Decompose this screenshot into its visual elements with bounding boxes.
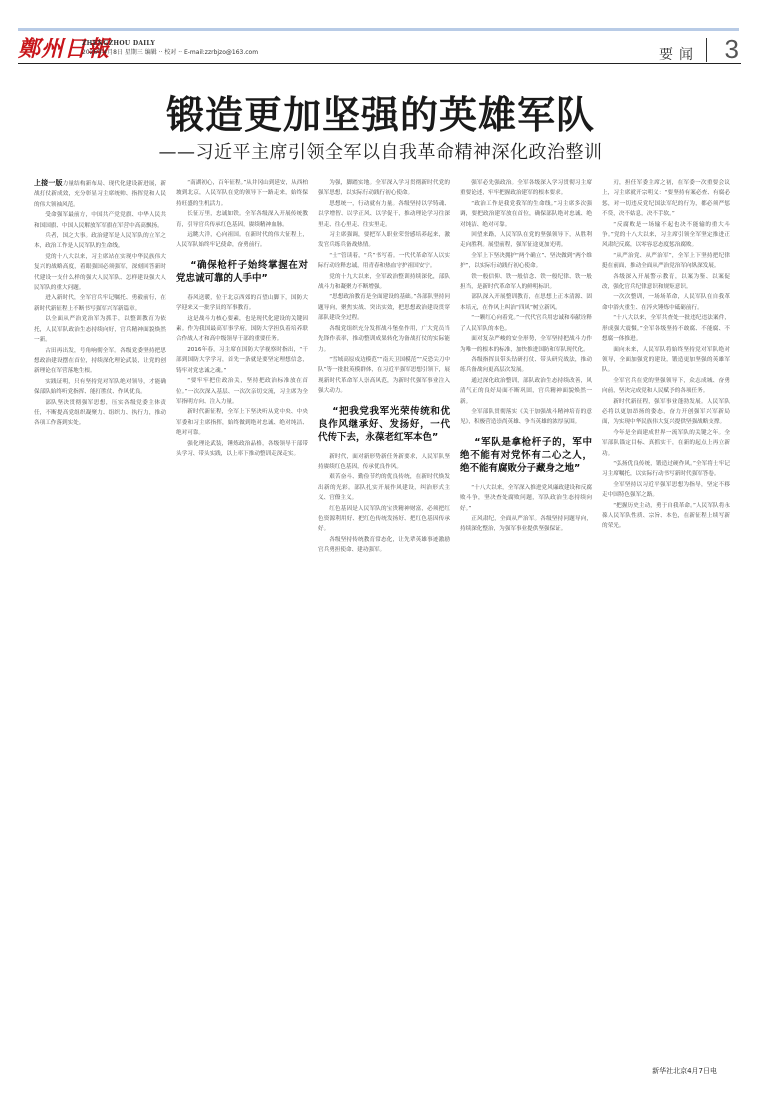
paragraph: 正风肃纪，全面从严治军。各级坚持问题导向，持续深化整治，为强军事业提供坚强保证。 xyxy=(460,514,592,535)
paragraph: 进入新时代，全军官兵牢记嘱托、勇毅前行，在新时代新征程上不断书写强军兴军新篇章。 xyxy=(34,293,166,314)
masthead-date-line: 2026年4月8日 星期三 编辑 ·· 校对 ·· E-mail:zzrbjzo… xyxy=(82,48,258,57)
paragraph: 强军必先强政治。全军各级深入学习贯彻习主席重要论述，牢牢把握政治建军的根本要求。 xyxy=(460,178,592,199)
paragraph: 一次次整训，一场场革命，人民军队在自我革命中浴火重生、在淬火锤炼中砥砺前行。 xyxy=(602,292,730,313)
paragraph: “弘扬优良传统，锻造过硬作风。”全军将士牢记习主席嘱托，以实际行动书写新时代强军… xyxy=(602,459,730,480)
paragraph: “反腐败是一场输不起也决不能输的重大斗争。”党的十八大以来，习主席引领全军坚定推… xyxy=(602,220,730,251)
paragraph: “雪域高原戍边模范”“南天卫国模范”“反恐尖刀中队”等一批批英模群体，在习近平强… xyxy=(318,355,450,397)
page-number: 3 xyxy=(725,34,739,65)
subheading-2: “把我党我军光荣传统和优良作风继承好、发扬好，一代代传下去，永葆老红军本色” xyxy=(318,405,450,444)
paragraph: 实践证明，只有坚持党对军队绝对领导，才能确保部队始终听党指挥、能打胜仗、作风优良… xyxy=(34,377,166,398)
article-column-5: 刃，担任军委主席之初，在军委一次重要会议上，习主席就开宗明义：“要坚持有案必查、… xyxy=(602,178,730,532)
article-column-4: 强军必先强政治。全军各级深入学习贯彻习主席重要论述，牢牢把握政治建军的根本要求。… xyxy=(460,178,592,535)
paragraph: 通过深化政治整训，部队政治生态持续改善，风清气正的良好局面不断巩固，官兵精神面貌… xyxy=(460,376,592,407)
paragraph: “南湖初心，百年征程。”从井冈山到延安，从西柏坡到北京，人民军队在党的领导下一路… xyxy=(176,178,308,209)
section-label: 要闻 xyxy=(659,44,699,64)
paragraph: 以全面从严治党治军为抓手，以整训教育为依托，人民军队政治生态持续向好，官兵精神面… xyxy=(34,314,166,345)
paragraph: 上接一版力量结构新布局、现代化建设新进展，新战打仗新成效，充分彰显习主席统帅、指… xyxy=(34,178,166,210)
paragraph: 新时代新征程，全军上下坚决听从党中央、中央军委和习主席指挥，始终做到绝对忠诚、绝… xyxy=(176,407,308,438)
paragraph: 各级指挥员带头钻研打仗、带头研究战法，推动练兵备战向更高层次发展。 xyxy=(460,355,592,376)
masthead: 鄭州日報 ZHENGZHOU DAILY 2026年4月8日 星期三 编辑 ··… xyxy=(18,36,741,62)
article-headline: 锻造更加坚强的英雄军队 xyxy=(0,84,761,139)
paragraph: 春风送暖，位于北京西郊的百望山脚下，国防大学迎来又一批学员的军事教育。 xyxy=(176,293,308,314)
paragraph: 强化理论武装，锤炼政治品格，各级领导干部带头学习、带头实践，以上率下推动整训走深… xyxy=(176,439,308,460)
paragraph: 今年是全面建成世界一流军队的关键之年。全军部队锚定目标、真抓实干，在新的起点上再… xyxy=(602,428,730,459)
paragraph: 艰苦奋斗、勤俭节约的优良传统，在新时代焕发出新的光彩。部队扎实开展作风建设，纠治… xyxy=(318,472,450,503)
paragraph: “政治工作是我党我军的生命线。”习主席多次强调，要把政治建军放在首位，确保部队绝… xyxy=(460,199,592,230)
paragraph: “从严治党、从严治军”，全军上下坚持把纪律挺在前面，推动全面从严治党治军向纵深发… xyxy=(602,251,730,272)
paragraph: “要牢牢把住政治关，坚持把政治标准放在首位。”一次次深入基层、一次次亲切交流，习… xyxy=(176,376,308,407)
paragraph: 全军官兵在党的坚强领导下，众志成城、奋勇向前，坚决完成党和人民赋予的各项任务。 xyxy=(602,376,730,397)
article-column-2: “南湖初心，百年征程。”从井冈山到延安，从西柏坡到北京，人民军队在党的领导下一路… xyxy=(176,178,308,459)
paragraph: 面对复杂严峻的安全形势，全军坚持把战斗力作为唯一的根本的标准，加快推进国防和军队… xyxy=(460,334,592,355)
paragraph: “一颗红心向着党。”一代代官兵用忠诚和奉献诠释了人民军队的本色。 xyxy=(460,313,592,334)
section-divider xyxy=(706,38,707,62)
paragraph: 全军上下坚决拥护“两个确立”、坚决做到“两个维护”，以实际行动践行初心使命。 xyxy=(460,251,592,272)
article-subtitle: ——习近平主席引领全军以自我革命精神深化政治整训 xyxy=(0,138,761,164)
masthead-meta: ZHENGZHOU DAILY 2026年4月8日 星期三 编辑 ·· 校对 ·… xyxy=(82,39,258,57)
paragraph: “思想政治教育是全面建设的基础。”各部队坚持问题导向，聚焦实战、突出实效，把思想… xyxy=(318,292,450,323)
paragraph: 回望来路，人民军队在党的坚强领导下，从胜利走向胜利。展望前程，强军征途更加光明。 xyxy=(460,230,592,251)
paragraph: 各级深入开展警示教育，以案为鉴、以案促改，强化官兵纪律意识和规矩意识。 xyxy=(602,272,730,293)
article-body: 上接一版力量结构新布局、现代化建设新进展，新战打仗新成效，充分彰显习主席统帅、指… xyxy=(34,178,730,1058)
paragraph: 党的十九大以来，全军政治整训持续深化，部队战斗力和凝聚力不断增强。 xyxy=(318,272,450,293)
paragraph: “把握历史主动，勇于自我革命。”人民军队将永葆人民军队性质、宗旨、本色，在新征程… xyxy=(602,501,730,532)
paragraph: 各级党组织充分发挥战斗堡垒作用，广大党员当先锋作表率，推动整训成果转化为备战打仗… xyxy=(318,324,450,355)
news-agency-dateline: 新华社北京4月7日电 xyxy=(652,1066,717,1076)
paragraph: 全军部队贯彻落实《关于加强战斗精神培育的意见》，积极营造崇尚英雄、争当英雄的浓厚… xyxy=(460,407,592,428)
paragraph: 兵者，国之大事。政治建军是人民军队的立军之本，政治工作是人民军队的生命线。 xyxy=(34,231,166,252)
paragraph: 思想统一，行动就有力量。各级坚持以学铸魂、以学增智、以学正风、以学促干，推动理论… xyxy=(318,199,450,230)
subheading-3: “军队是拿枪杆子的，军中绝不能有对党怀有二心之人，绝不能有腐败分子藏身之地” xyxy=(460,436,592,475)
paragraph: 党的十八大以来，习主席站在实现中华民族伟大复兴的战略高度，着眼强国必须强军，深刻… xyxy=(34,252,166,294)
paragraph: 古田再出发，号角响彻全军。各级党委坚持把思想政治建设摆在首位，持续深化理论武装，… xyxy=(34,346,166,377)
article-column-3: 为强，脚踏实地。全军深入学习贯彻新时代党的强军思想，以实际行动践行初心使命。 思… xyxy=(318,178,450,556)
paragraph: 面向未来，人民军队将始终坚持党对军队绝对领导，全面加强党的建设，锻造更加坚强的英… xyxy=(602,345,730,376)
paragraph: “十八大以来，全军共查处一批违纪违法案件，形成强大震慑。”全军各级坚持不敢腐、不… xyxy=(602,313,730,344)
subheading-1: “确保枪杆子始终掌握在对党忠诚可靠的人手中” xyxy=(176,259,308,285)
paragraph: 长征万里，忠诚如铁。全军各级深入开展传统教育，引导官兵传承红色基因，赓续精神血脉… xyxy=(176,209,308,230)
paragraph: 部队深入开展整训教育，在思想上正本清源、固本培元，在作风上纠治“四风”树立新风。 xyxy=(460,292,592,313)
paragraph: 2016年春，习主席在国防大学视察时指出，“干部到国防大学学习，首先一条就是要坚… xyxy=(176,345,308,376)
paragraph: 为强，脚踏实地。全军深入学习贯彻新时代党的强军思想，以实际行动践行初心使命。 xyxy=(318,178,450,199)
paragraph: 新时代新征程，强军事业蓬勃发展。人民军队必将以更加昂扬的姿态，奋力开创强军兴军新… xyxy=(602,397,730,428)
paragraph: 刃，担任军委主席之初，在军委一次重要会议上，习主席就开宗明义：“要坚持有案必查、… xyxy=(602,178,730,220)
paragraph: 习主席强调，要把军人职业荣誉感培养起来，激发官兵练兵备战热情。 xyxy=(318,230,450,251)
paragraph: 全军坚持以习近平强军思想为指导，坚定不移走中国特色强军之路。 xyxy=(602,480,730,501)
article-column-1: 上接一版力量结构新布局、现代化建设新进展，新战打仗新成效，充分彰显习主席统帅、指… xyxy=(34,178,166,429)
paragraph: 受命强军最前方，中国共产党党旗、中华人民共和国国旗、中国人民解放军军旗在军营中高… xyxy=(34,210,166,231)
paragraph: 部队坚决贯彻强军思想，压实各级党委主体责任，不断提高党组织凝聚力、组织力、执行力… xyxy=(34,398,166,429)
paragraph: 新时代，面对新形势新任务新要求，人民军队坚持赓续红色基因，传承优良作风。 xyxy=(318,452,450,473)
paragraph: 这是战斗力核心要素，也是现代化建设的关键因素。作为我国最高军事学府，国防大学担负… xyxy=(176,314,308,345)
paragraph: “士”管读着，“兵”书写着。一代代革命军人以实际行动诠释忠诚，用青春和热血守护祖… xyxy=(318,251,450,272)
paragraph: 各级坚持传统教育常态化，让先辈英雄事迹激励官兵勇担使命、建功强军。 xyxy=(318,535,450,556)
paragraph: 铁一般信仰、铁一般信念、铁一般纪律、铁一般担当，是新时代革命军人的鲜明标识。 xyxy=(460,272,592,293)
paragraph: 红色基因是人民军队的宝贵精神财富，必须把红色资源利用好、把红色传统发扬好、把红色… xyxy=(318,504,450,535)
masthead-english-name: ZHENGZHOU DAILY xyxy=(82,39,258,48)
continued-from-tag: 上接一版 xyxy=(34,179,63,187)
header-top-rule xyxy=(18,28,739,31)
masthead-rule xyxy=(18,63,741,64)
paragraph: 远眺大洋，心向祖国。在新时代的伟大征程上，人民军队始终牢记使命，奋勇前行。 xyxy=(176,230,308,251)
paragraph: “十八大以来，全军深入推进党风廉政建设和反腐败斗争，坚决查处腐败问题，军队政治生… xyxy=(460,483,592,514)
